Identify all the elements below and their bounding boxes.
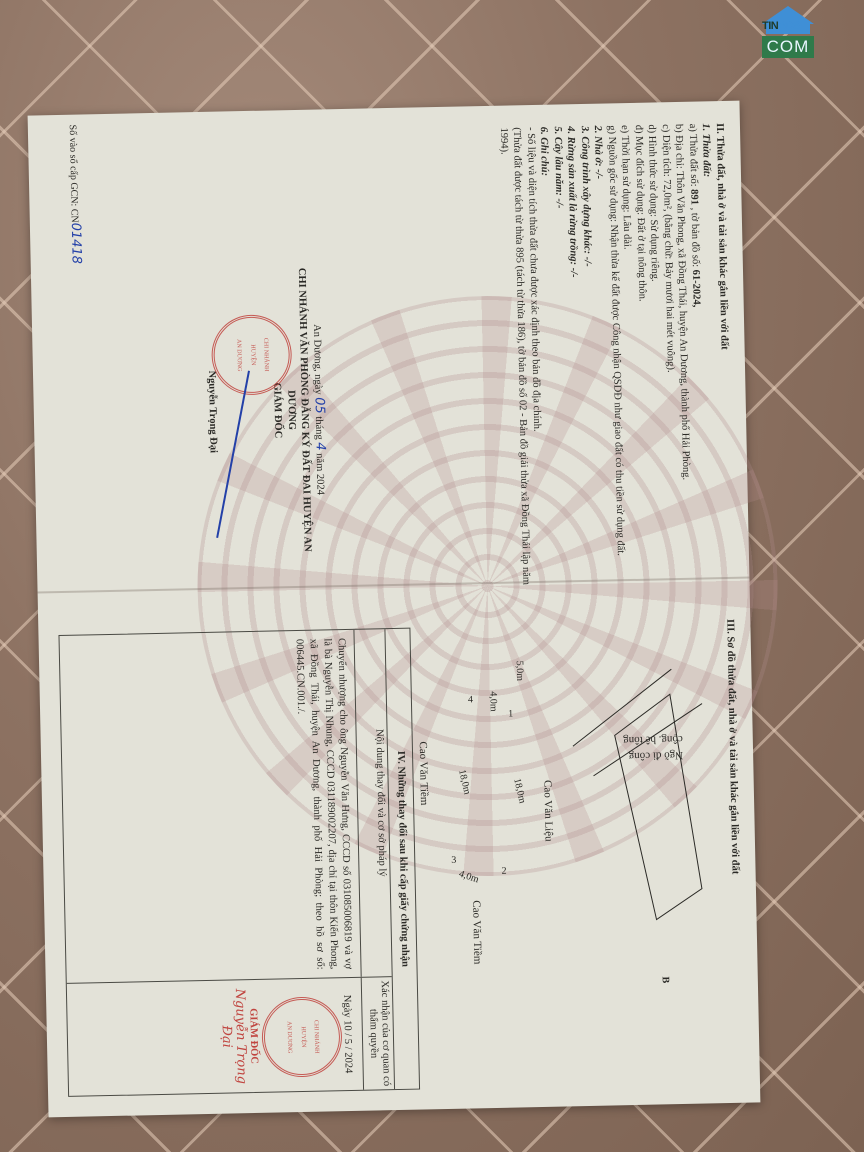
plot-diagram: Ngõ đi công cộng. bê tông [461, 663, 729, 1068]
confirmation-entry: Ngày 10 / 5 / 2024 CHI NHÁNH HUYỆN AN DƯ… [63, 978, 363, 1096]
left-page: II. Thửa đất, nhà ở và tài sản khác gắn … [28, 101, 750, 616]
section-4-changes-table: IV. Những thay đổi sau khi cấp giấy chứn… [58, 628, 420, 1097]
right-page: III. Sơ đồ thửa đất, nhà ở và tài sản kh… [38, 603, 760, 1118]
change-entry: Chuyển nhượng cho ông Nguyễn Văn Hưng, C… [285, 630, 360, 978]
confirmation-stamp: CHI NHÁNH HUYỆN AN DƯƠNG [261, 996, 343, 1078]
plot-drawing: Ngõ đi công cộng. bê tông [461, 663, 729, 1068]
tinbds-logo: TINBDS COM [756, 6, 820, 62]
handwritten-signature [216, 371, 250, 538]
logo-text-tin: TINBDS [762, 20, 800, 32]
col-header-confirm: Xác nhận của cơ quan có thẩm quyền [361, 977, 394, 1090]
changes-content-column: Nội dung thay đổi và cơ sở pháp lý Chuyể… [59, 629, 391, 984]
svg-text:Ngõ đi công: Ngõ đi công [628, 749, 683, 762]
confirmation-column: Xác nhận của cơ quan có thẩm quyền Ngày … [67, 977, 394, 1096]
land-certificate-page: II. Thửa đất, nhà ở và tài sản khác gắn … [28, 101, 761, 1118]
registry-number: Số vào sổ cấp GCN: CN01418 [65, 124, 82, 264]
logo-text-com: COM [762, 36, 814, 58]
section-2-land-parcel: II. Thửa đất, nhà ở và tài sản khác gắn … [496, 123, 735, 588]
confirm-signature-name: Nguyễn Trọng Đại [219, 980, 248, 1093]
svg-text:cộng. bê tông: cộng. bê tông [623, 733, 683, 746]
certificate-content: II. Thửa đất, nhà ở và tài sản khác gắn … [28, 101, 761, 1118]
signature-area: CHI NHÁNH HUYỆN AN DƯƠNG [216, 261, 274, 562]
signature-block: An Dương, ngày 05 tháng 4 năm 2024 CHI N… [202, 259, 329, 561]
